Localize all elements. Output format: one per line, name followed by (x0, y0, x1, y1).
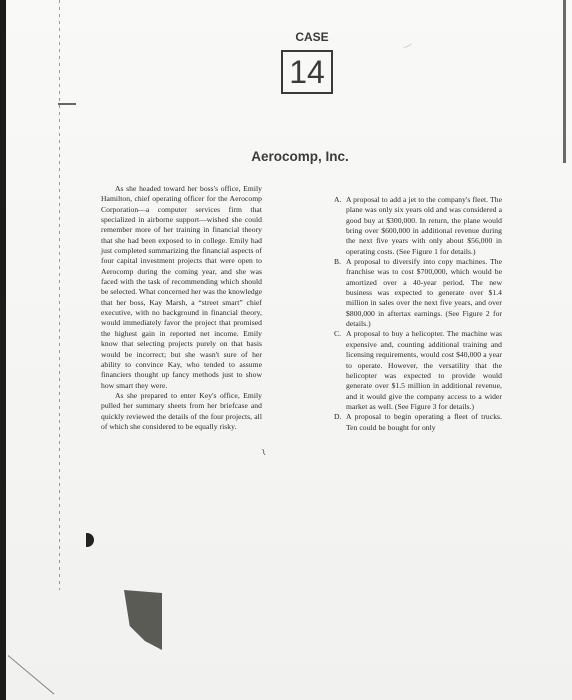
half-circle-mark (86, 533, 94, 547)
item-text: A proposal to buy a helicopter. The mach… (346, 329, 502, 410)
item-marker: B. (334, 257, 341, 267)
item-marker: D. (334, 412, 341, 422)
proposal-item-a: A. A proposal to add a jet to the compan… (335, 195, 502, 257)
case-number: 14 (289, 56, 325, 88)
scan-ink-blot (124, 590, 162, 650)
case-number-box: 14 (281, 50, 333, 94)
item-marker: C. (334, 329, 341, 339)
pen-swoosh-mark (401, 40, 412, 49)
scan-edge-shadow (0, 0, 6, 700)
proposal-item-b: B. A proposal to diversify into copy mac… (335, 257, 502, 329)
scan-edge-bar (563, 0, 566, 163)
page-corner-fold (8, 655, 55, 694)
item-marker: A. (334, 195, 341, 205)
paragraph: As she headed toward her boss's office, … (101, 184, 262, 391)
right-column: A. A proposal to add a jet to the compan… (335, 195, 502, 433)
binding-tick-mark (58, 103, 76, 105)
binding-dotted-line (59, 0, 60, 590)
pen-scribble-mark: ≀ (260, 447, 267, 459)
case-title: Aerocomp, Inc. (200, 149, 400, 164)
proposal-item-c: C. A proposal to buy a helicopter. The m… (335, 329, 502, 412)
left-column: As she headed toward her boss's office, … (101, 184, 262, 432)
case-label: CASE (282, 30, 342, 44)
item-text: A proposal to begin operating a fleet of… (346, 412, 502, 431)
paragraph: As she prepared to enter Key's office, E… (101, 391, 262, 432)
item-text: A proposal to diversify into copy machin… (346, 257, 502, 328)
scanned-page: CASE 14 Aerocomp, Inc. As she headed tow… (0, 0, 572, 700)
proposal-item-d: D. A proposal to begin operating a fleet… (335, 412, 502, 433)
item-text: A proposal to add a jet to the company's… (346, 195, 502, 256)
